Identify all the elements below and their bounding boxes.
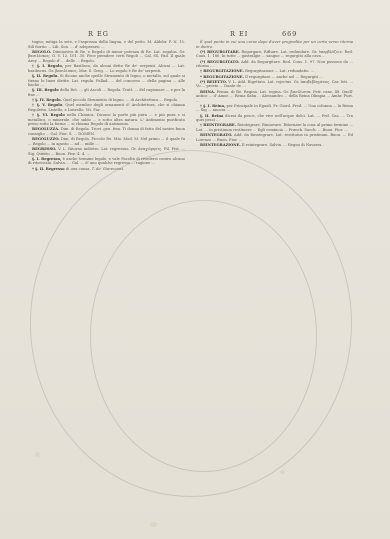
running-head-center: R EI	[230, 30, 248, 38]
right-column: È quel punto in cui una curva dopo d'ave…	[196, 40, 353, 148]
entry: REGRESSO. V. L. Ritorno indietro. Lat. r…	[28, 147, 185, 156]
entry: † §. V. Regolo. Quel membro degli orname…	[28, 103, 185, 112]
entry: §. I. Regresso, è anche termine legale, …	[28, 157, 185, 166]
entry: * §. II. Regresso di una causa, T. de' G…	[28, 167, 185, 172]
left-column: tugno; mitiga la sete, e l'asprezza dell…	[28, 40, 185, 172]
entry: §. II. Reina dicesi da pesce, che vive n…	[196, 114, 353, 123]
scanned-page: R EG R EI 669 tugno; mitiga la sete, e l…	[0, 0, 390, 539]
entry: (*) REGURGITARE. Regorgare, Rifluire. La…	[196, 50, 353, 59]
entry: (*) REGURGITATO. Add. da Regurgitare. Re…	[196, 60, 353, 69]
entry: (*) REIETTO. V. L. Add. Rigettato. Lat. …	[196, 80, 353, 89]
entry: † REINTEGRARE. Reintegrare, Rinnovare. R…	[196, 123, 353, 132]
foxing-spot	[150, 522, 157, 527]
entry: † §. VI. Regolo nella Chimica, Diconsi l…	[28, 113, 185, 127]
entry: §. III. Regolo della Ret. ... gli Ascoli…	[28, 88, 185, 97]
entry: REINA. Femm. di Re. Regina. Lat. regina.…	[196, 90, 353, 104]
entry: REGOLUZZA. Dim. di Regola. Trovi. gen. f…	[28, 127, 185, 136]
entry: † REGURGITAZIONE. Regurgitazione ... Lat…	[196, 69, 353, 74]
entry: * REGURGITAZIONE. Il regurgitare ... anc…	[196, 75, 353, 80]
entry: † §. I. Regolo, per Basilisco, da alcuni…	[28, 64, 185, 73]
entry: REINTEGRATO. Add. da Reintegrare. Lat. r…	[196, 133, 353, 142]
entry: REGOLUZZO. Dim. di Regolo. Piccolo Re. M…	[28, 137, 185, 146]
emboss-circle-inner	[90, 200, 317, 472]
running-head-left: R EG	[88, 30, 109, 38]
foxing-spot	[280, 470, 285, 474]
entry: † §. IV. Regolo. Quel piccolo Strumento …	[28, 98, 185, 103]
entry: tugno; mitiga la sete, e l'asprezza dell…	[28, 40, 185, 49]
entry: §. II. Regolo. Si dicono anche quelle St…	[28, 74, 185, 88]
foxing-spot	[35, 452, 40, 457]
entry: REGOLO. Diminutivo di Re, e Regolo di mi…	[28, 50, 185, 64]
entry: È quel punto in cui una curva dopo d'ave…	[196, 40, 353, 49]
entry: REINTEGRAZIONE. Il reintegrare. Salvin. …	[196, 143, 353, 148]
page-number: 669	[282, 30, 297, 38]
entry: † §. I. Reina, per Principale in Eguali.…	[196, 104, 353, 113]
